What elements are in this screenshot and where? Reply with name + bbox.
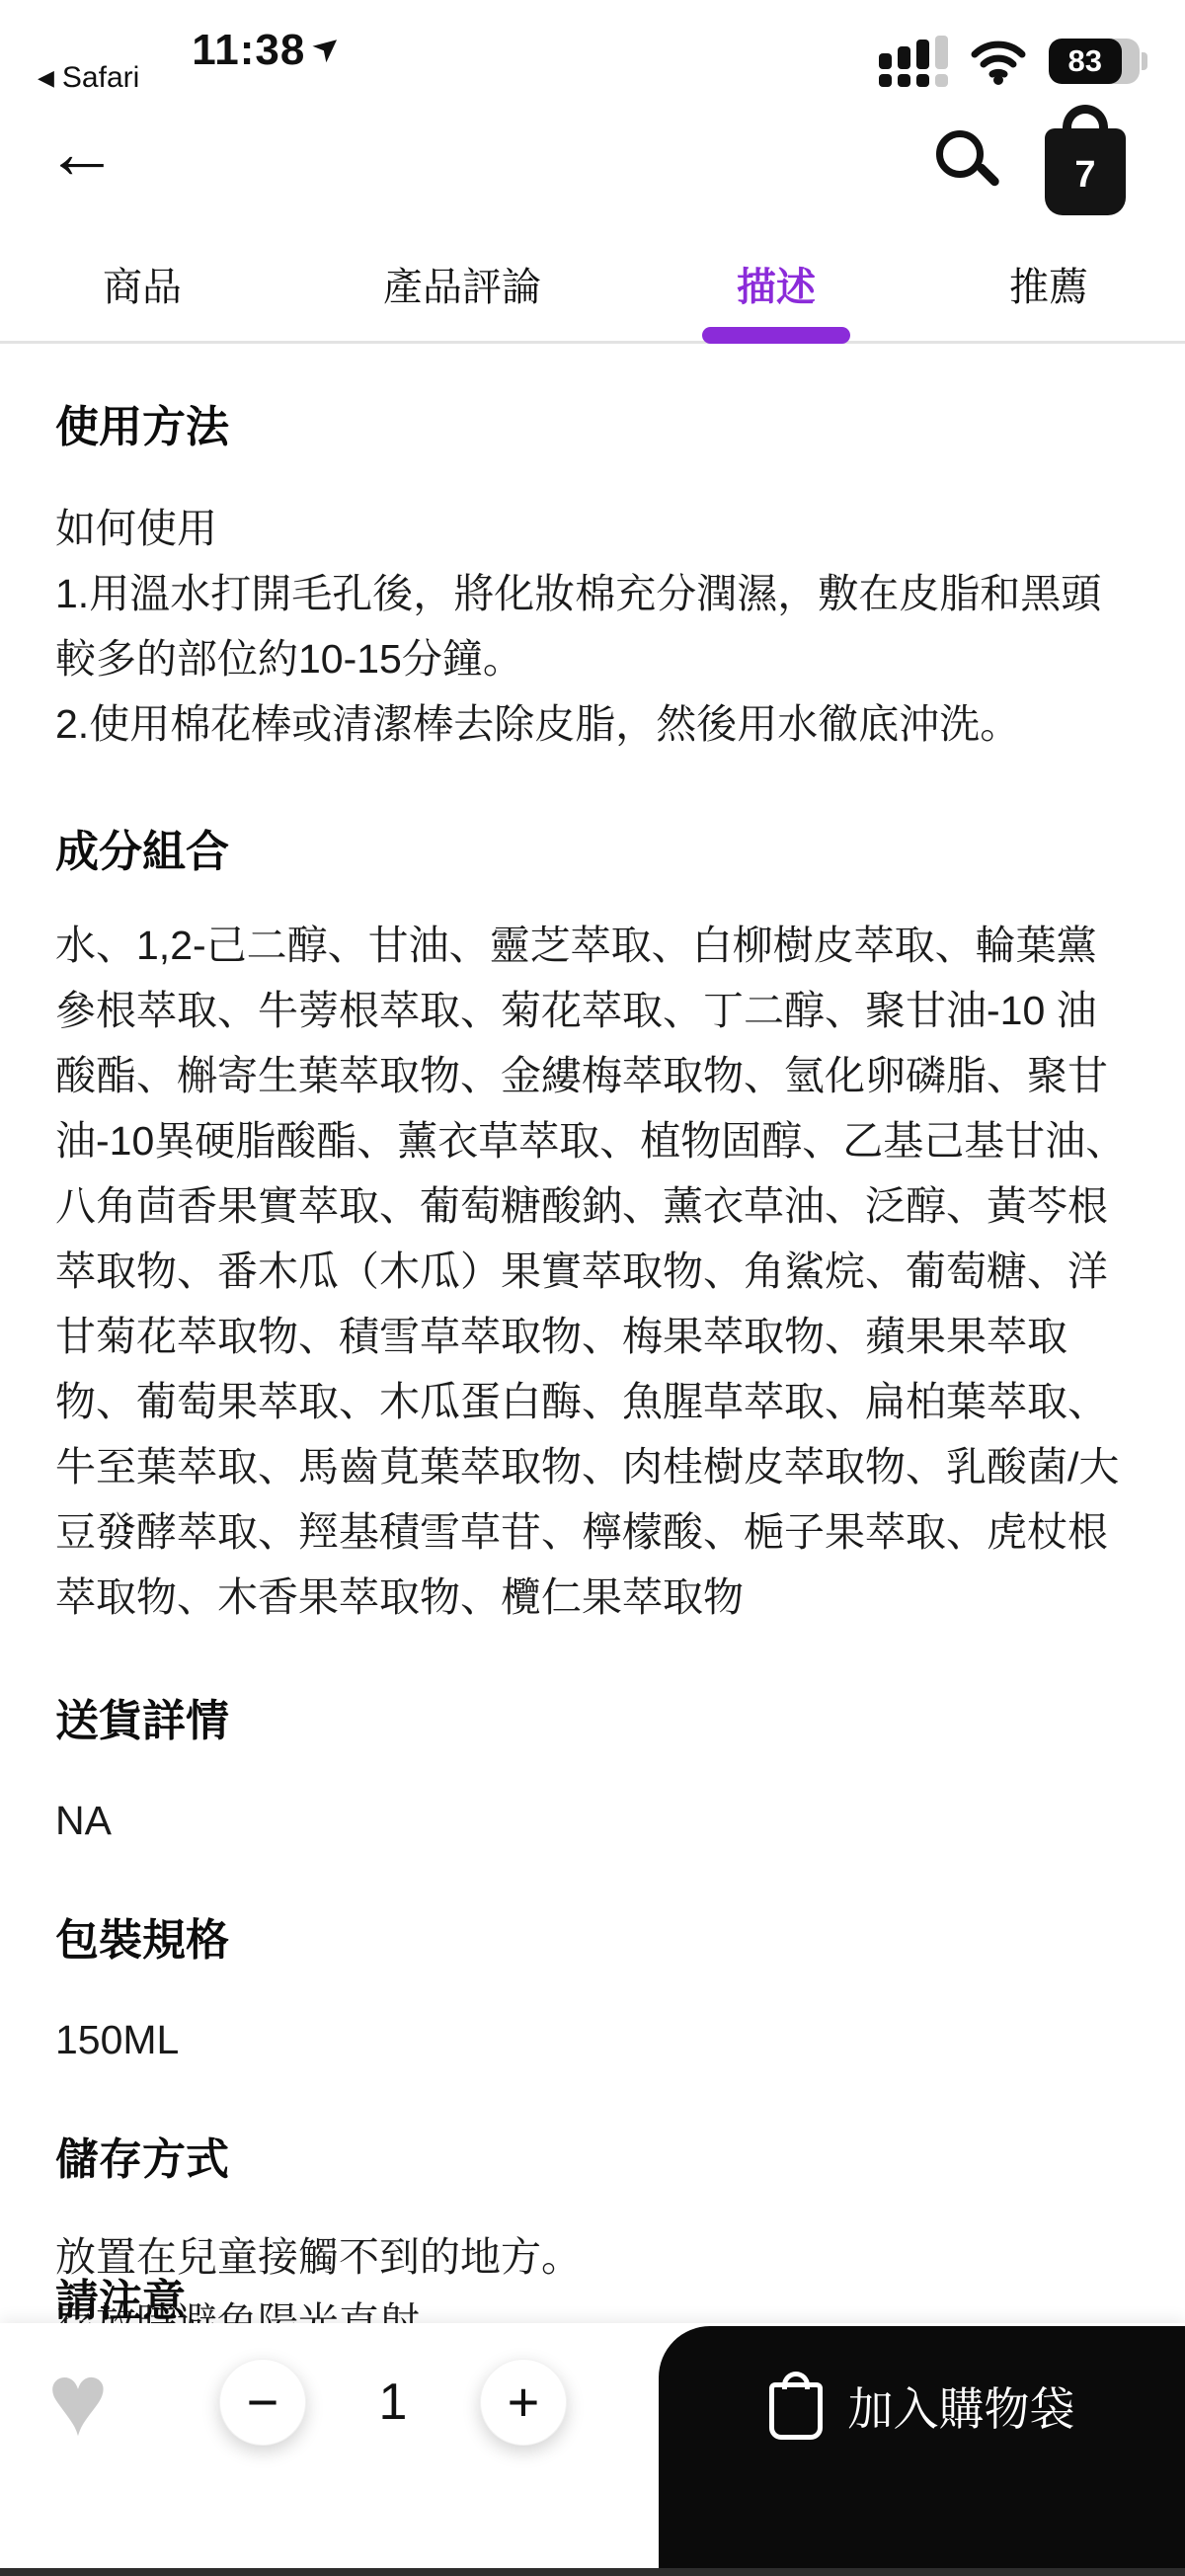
- packaging-heading: 包裝規格: [55, 1904, 1130, 1968]
- quantity-increase-button[interactable]: +: [480, 2359, 567, 2446]
- tab-reviews[interactable]: 產品評論: [284, 227, 640, 341]
- delivery-body: NA: [55, 1788, 1130, 1853]
- tab-products[interactable]: 商品: [0, 227, 284, 341]
- status-icons: 83: [879, 36, 1147, 87]
- note-heading: 請注意: [55, 2278, 186, 2325]
- add-to-bag-button[interactable]: 加入購物袋: [659, 2326, 1185, 2576]
- cart-button[interactable]: 7: [1045, 128, 1126, 215]
- tab-recommended[interactable]: 推薦: [912, 227, 1185, 341]
- quantity-decrease-button[interactable]: −: [219, 2359, 306, 2446]
- ingredients-body: 水、1,2-己二醇、甘油、靈芝萃取、白柳樹皮萃取、輪葉黨參根萃取、牛蒡根萃取、菊…: [55, 913, 1130, 1630]
- cellular-signal-icon: [879, 36, 948, 87]
- description-content: 使用方法 如何使用 1.用溫水打開毛孔後，將化妝棉充分潤濕，敷在皮脂和黑頭較多的…: [0, 344, 1185, 2355]
- add-to-bag-label: 加入購物袋: [848, 2374, 1075, 2439]
- back-button[interactable]: ←: [45, 117, 118, 190]
- active-tab-indicator: [702, 327, 850, 344]
- cart-bag-handle: [1063, 105, 1108, 134]
- back-to-safari[interactable]: ◀ Safari: [38, 61, 139, 95]
- quantity-stepper: − 1 +: [219, 2359, 567, 2446]
- ingredients-heading: 成分組合: [55, 816, 1130, 879]
- tab-description[interactable]: 描述: [640, 227, 912, 341]
- packaging-body: 150ML: [55, 2007, 1130, 2072]
- status-bar: 11:38 ➤ ◀ Safari 83: [0, 0, 1185, 99]
- bag-outline-icon: [769, 2382, 823, 2440]
- back-triangle-icon: ◀: [38, 65, 54, 91]
- storage-heading: 儲存方式: [55, 2124, 1130, 2187]
- location-arrow-icon: ➤: [304, 24, 352, 72]
- usage-heading: 使用方法: [55, 391, 1130, 454]
- battery-percent: 83: [1068, 43, 1102, 79]
- favorite-heart-icon[interactable]: ♥: [47, 2349, 109, 2452]
- bottom-action-bar: ♥ − 1 + 加入購物袋: [0, 2323, 1185, 2576]
- wifi-icon: [968, 38, 1029, 85]
- tab-description-label: 描述: [737, 256, 816, 312]
- usage-body: 如何使用 1.用溫水打開毛孔後，將化妝棉充分潤濕，敷在皮脂和黑頭較多的部位約10…: [55, 496, 1130, 757]
- app-header: ← 7: [0, 99, 1185, 227]
- note-heading-clipped: 請注意: [55, 2278, 186, 2325]
- cart-badge: 7: [1074, 154, 1095, 197]
- search-icon[interactable]: [936, 130, 984, 178]
- clock: 11:38: [192, 26, 305, 75]
- quantity-value: 1: [363, 2373, 423, 2432]
- battery-icon: 83: [1049, 39, 1147, 84]
- tab-bar: 商品 產品評論 描述 推薦: [0, 227, 1185, 344]
- home-indicator-area: [0, 2568, 1185, 2576]
- delivery-heading: 送貨詳情: [55, 1685, 1130, 1748]
- status-time-cluster: 11:38 ➤: [148, 26, 385, 75]
- back-app-label: Safari: [62, 61, 139, 95]
